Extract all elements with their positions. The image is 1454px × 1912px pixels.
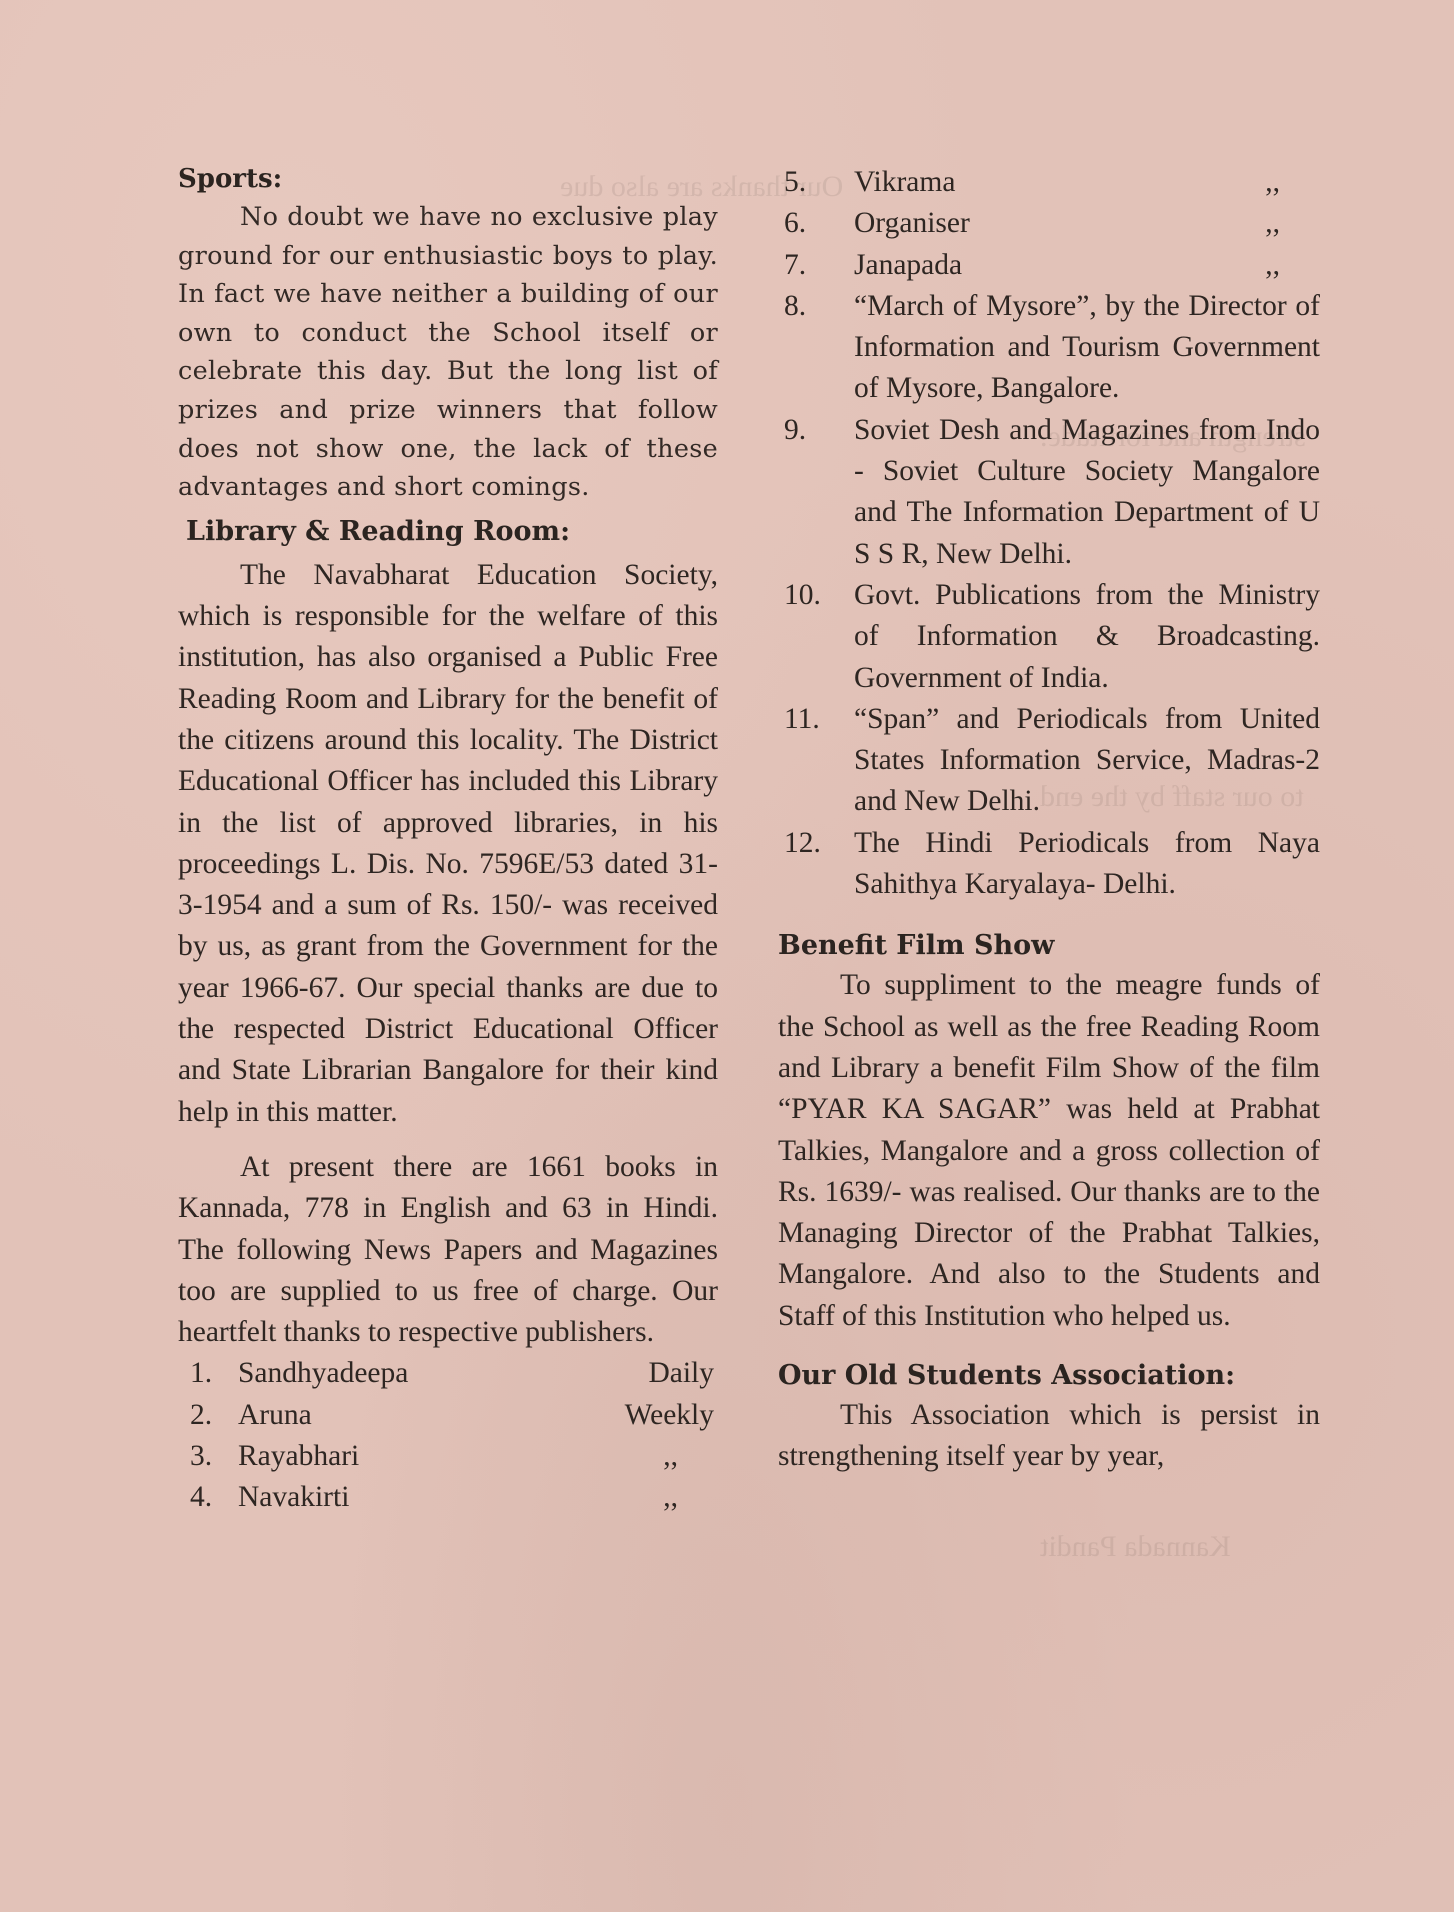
library-heading: Library & Reading Room: xyxy=(178,513,718,551)
old-students-section: Our Old Students Association: This Assoc… xyxy=(778,1357,1320,1478)
list-item: 11. “Span” and Periodicals from United S… xyxy=(778,699,1320,823)
item-number: 8. xyxy=(778,286,854,410)
library-section: Library & Reading Room: The Navabharat E… xyxy=(178,513,718,1519)
publication-description: Govt. Publications from the Ministry of … xyxy=(854,575,1320,699)
item-number: 12. xyxy=(778,823,854,906)
right-column: 5. Vikrama ,, 6. Organiser ,, 7. Janapad… xyxy=(778,162,1320,1478)
item-number: 7. xyxy=(778,245,854,286)
item-number: 4. xyxy=(178,1477,238,1518)
item-number: 5. xyxy=(778,162,854,203)
list-item: 10. Govt. Publications from the Ministry… xyxy=(778,575,1320,699)
bleed-through-text: Kannada Pandit xyxy=(1040,1530,1231,1564)
publication-frequency: Daily xyxy=(604,1353,718,1394)
publication-name: Organiser xyxy=(854,203,970,244)
publication-description: “Span” and Periodicals from United State… xyxy=(854,699,1320,823)
publication-name: Rayabhari xyxy=(238,1436,608,1477)
publication-name: Navakirti xyxy=(238,1477,608,1518)
publication-frequency: ,, xyxy=(1265,203,1320,244)
sports-section: Sports: No doubt we have no exclusive pl… xyxy=(178,160,718,507)
sports-heading: Sports: xyxy=(178,160,718,198)
list-item: 12. The Hindi Periodicals from Naya Sahi… xyxy=(778,823,1320,906)
old-students-paragraph: This Association which is persist in str… xyxy=(778,1395,1320,1478)
left-column: Sports: No doubt we have no exclusive pl… xyxy=(178,160,718,1519)
publication-list-right: 5. Vikrama ,, 6. Organiser ,, 7. Janapad… xyxy=(778,162,1320,905)
library-paragraph-2: At present there are 1661 books in Kanna… xyxy=(178,1147,718,1353)
publication-name: Aruna xyxy=(238,1395,604,1436)
list-item: 7. Janapada ,, xyxy=(778,245,1320,286)
publication-frequency: Weekly xyxy=(604,1395,718,1436)
sports-paragraph: No doubt we have no exclusive play groun… xyxy=(178,198,718,507)
list-item: 1. Sandhyadeepa Daily xyxy=(178,1353,718,1394)
publication-description: The Hindi Periodicals from Naya Sahithya… xyxy=(854,823,1320,906)
item-number: 3. xyxy=(178,1436,238,1477)
item-number: 11. xyxy=(778,699,854,823)
publication-frequency: ,, xyxy=(608,1436,718,1477)
item-number: 10. xyxy=(778,575,854,699)
publication-name: Janapada xyxy=(854,245,962,286)
benefit-film-section: Benefit Film Show To suppliment to the m… xyxy=(778,927,1320,1337)
list-item: 8. “March of Mysore”, by the Director of… xyxy=(778,286,1320,410)
list-item: 6. Organiser ,, xyxy=(778,203,1320,244)
item-number: 6. xyxy=(778,203,854,244)
publication-list-left: 1. Sandhyadeepa Daily 2. Aruna Weekly 3.… xyxy=(178,1353,718,1518)
item-number: 1. xyxy=(178,1353,238,1394)
scanned-page: Our thanks are also due strength and for… xyxy=(0,0,1454,1912)
list-item: 3. Rayabhari ,, xyxy=(178,1436,718,1477)
publication-frequency: ,, xyxy=(1265,162,1320,203)
publication-name: Vikrama xyxy=(854,162,955,203)
item-number: 9. xyxy=(778,410,854,575)
list-item: 9. Soviet Desh and Magazines from Indo -… xyxy=(778,410,1320,575)
list-item: 5. Vikrama ,, xyxy=(778,162,1320,203)
benefit-film-paragraph: To suppliment to the meagre funds of the… xyxy=(778,965,1320,1337)
benefit-film-heading: Benefit Film Show xyxy=(778,927,1320,965)
publication-description: Soviet Desh and Magazines from Indo - So… xyxy=(854,410,1320,575)
publication-frequency: ,, xyxy=(608,1477,718,1518)
list-item: 4. Navakirti ,, xyxy=(178,1477,718,1518)
list-item: 2. Aruna Weekly xyxy=(178,1395,718,1436)
library-paragraph-1: The Navabharat Education Society, which … xyxy=(178,555,718,1133)
old-students-heading: Our Old Students Association: xyxy=(778,1357,1320,1395)
publication-description: “March of Mysore”, by the Director of In… xyxy=(854,286,1320,410)
publication-name: Sandhyadeepa xyxy=(238,1353,604,1394)
publication-frequency: ,, xyxy=(1265,245,1320,286)
item-number: 2. xyxy=(178,1395,238,1436)
